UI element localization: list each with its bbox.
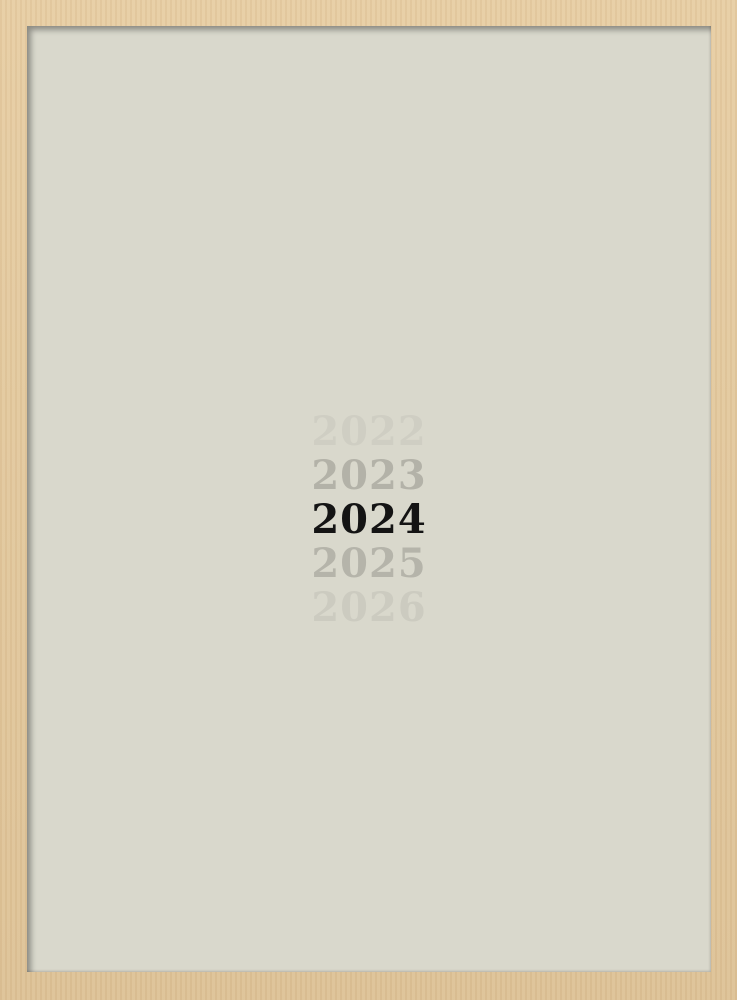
paper-print: 2022 2023 2024 2025 2026 [27,26,711,972]
year-2025-faded: 2025 [311,542,426,586]
year-2024-current: 2024 [311,498,426,542]
year-2022-faded: 2022 [311,410,426,454]
year-2023-faded: 2023 [311,454,426,498]
year-2026-faded: 2026 [311,586,426,630]
year-stack: 2022 2023 2024 2025 2026 [27,410,711,630]
wooden-frame: 2022 2023 2024 2025 2026 [0,0,737,1000]
